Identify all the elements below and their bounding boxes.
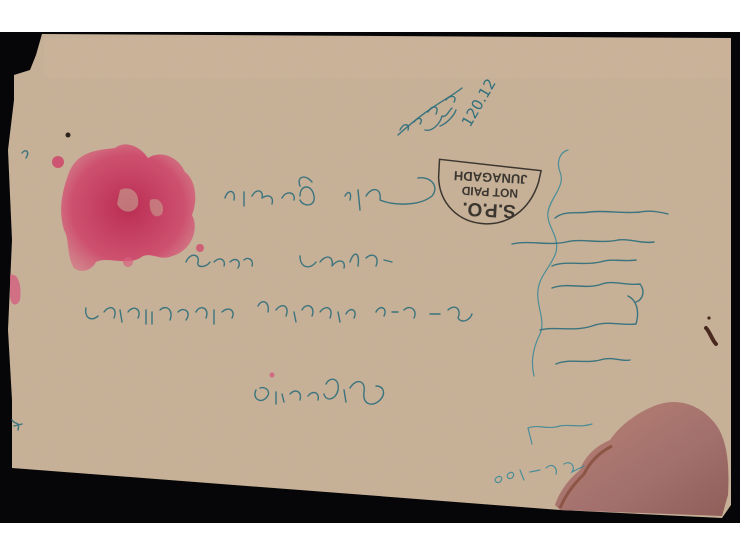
postmark-line1: S.P.O. xyxy=(462,198,517,222)
envelope-cover: S.P.O. NOT PAID JUNAGADH 120.12 xyxy=(0,0,740,557)
